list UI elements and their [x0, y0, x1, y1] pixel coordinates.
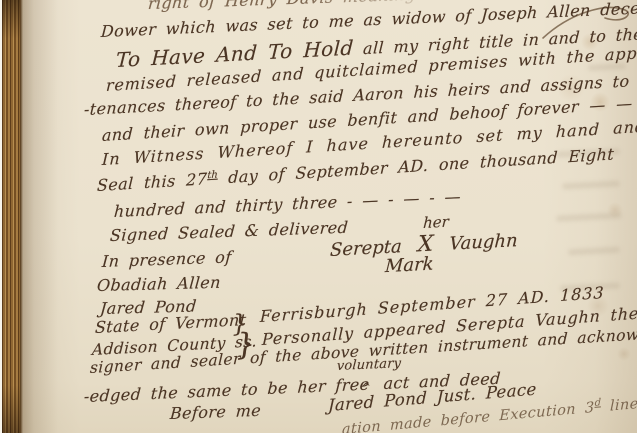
- signature-last-name: Vaughn: [449, 230, 518, 255]
- signature-block: her SereptaXVaughn Mark: [329, 209, 520, 280]
- bleed-through-mark: [568, 247, 620, 256]
- footer-note-post: line: [610, 396, 637, 415]
- bleed-through-mark: [556, 212, 622, 221]
- manuscript-page: right of Henry Davis meaning thereby Dow…: [0, 0, 637, 433]
- binding-shadow: [20, 0, 58, 433]
- manuscript-line-signed-sealed: Signed Sealed & delivered: [109, 218, 349, 245]
- seal-date-pre: Seal this 27: [97, 169, 208, 195]
- superscript-th: th: [207, 170, 218, 182]
- manuscript-line-in-presence: In presence of: [101, 247, 232, 271]
- witness-obadiah-allen: Obadiah Allen: [96, 273, 221, 295]
- superscript-d: d: [595, 397, 602, 409]
- bleed-through-mark: [562, 180, 620, 189]
- attestation-before-me: Before me: [169, 401, 262, 423]
- interlineation: voluntary^: [369, 373, 384, 390]
- book-binding: [2, 0, 20, 433]
- interlineation-word: voluntary: [336, 356, 401, 374]
